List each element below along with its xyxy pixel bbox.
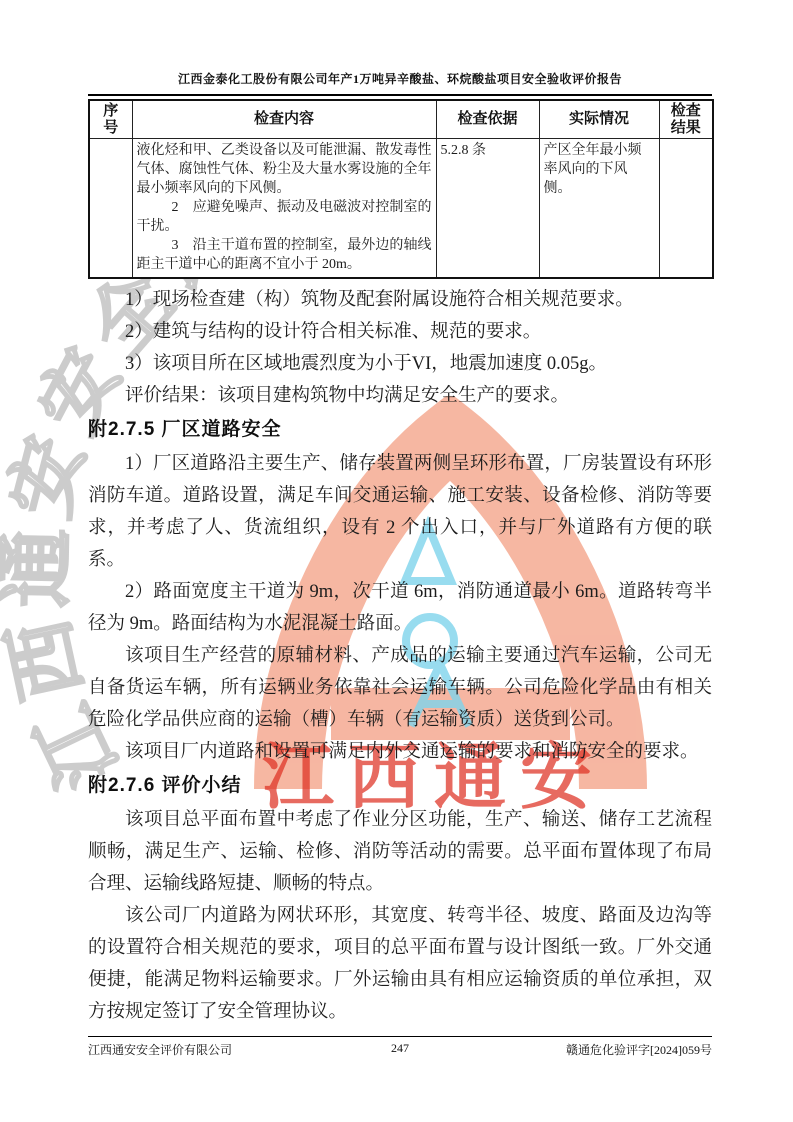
page-footer: 江西通安安全评价有限公司 247 赣通危化验评字[2024]059号 <box>88 1036 712 1058</box>
col-header-actual-situation: 实际情况 <box>539 100 659 139</box>
table-header-row: 序号 检查内容 检查依据 实际情况 检查结果 <box>89 100 713 139</box>
body-text: 1）现场检查建（构）筑物及配套附属设施符合相关规范要求。 2）建筑与结构的设计符… <box>88 284 712 1028</box>
paragraph: 2）建筑与结构的设计符合相关标准、规范的要求。 <box>88 316 712 348</box>
footer-doc-number: 赣通危化验评字[2024]059号 <box>566 1041 712 1058</box>
col-header-check-basis: 检查依据 <box>436 100 539 139</box>
cell-check-content: 液化烃和甲、乙类设备以及可能泄漏、散发毒性气体、腐蚀性气体、粉尘及大量水雾设施的… <box>132 139 436 279</box>
cell-seq <box>89 139 132 279</box>
paragraph: 该项目厂内道路和设置可满足内外交通运输的要求和消防安全的要求。 <box>88 736 712 768</box>
section-heading-2-7-6: 附2.7.6 评价小结 <box>88 768 712 804</box>
footer-company-name: 江西通安安全评价有限公司 <box>88 1041 232 1058</box>
check-content-para: 3 沿主干道布置的控制室，最外边的轴线距主干道中心的距离不宜小于 20m。 <box>137 236 432 274</box>
inspection-table: 序号 检查内容 检查依据 实际情况 检查结果 液化烃和甲、乙类设备以及可能泄漏、… <box>88 99 714 279</box>
paragraph: 该项目总平面布置中考虑了作业分区功能，生产、输送、储存工艺流程顺畅，满足生产、运… <box>88 804 712 900</box>
cell-check-result <box>659 139 713 279</box>
paragraph: 3）该项目所在区域地震烈度为小于VI，地震加速度 0.05g。 <box>88 348 712 380</box>
cell-actual-situation: 产区全年最小频率风向的下风侧。 <box>539 139 659 279</box>
document-page: 江西通安安全评价有限公司 江西通安 江西金泰化工股份有限公司年产1万吨异辛酸盐、… <box>0 0 793 1122</box>
page-number: 247 <box>391 1041 409 1056</box>
table-row: 液化烃和甲、乙类设备以及可能泄漏、散发毒性气体、腐蚀性气体、粉尘及大量水雾设施的… <box>89 139 713 279</box>
col-header-check-content: 检查内容 <box>132 100 436 139</box>
page-header-title: 江西金泰化工股份有限公司年产1万吨异辛酸盐、环烷酸盐项目安全验收评价报告 <box>88 70 712 96</box>
check-content-para: 2 应避免噪声、振动及电磁波对控制室的干扰。 <box>137 198 432 236</box>
page-content: 江西金泰化工股份有限公司年产1万吨异辛酸盐、环烷酸盐项目安全验收评价报告 序号 … <box>0 0 793 1028</box>
section-heading-2-7-5: 附2.7.5 厂区道路安全 <box>88 412 712 448</box>
paragraph: 该公司厂内道路为网状环形，其宽度、转弯半径、坡度、路面及边沟等的设置符合相关规范… <box>88 900 712 1028</box>
col-header-seq: 序号 <box>89 100 132 139</box>
paragraph: 2）路面宽度主干道为 9m，次干道 6m，消防通道最小 6m。道路转弯半径为 9… <box>88 576 712 640</box>
paragraph: 1）厂区道路沿主要生产、储存装置两侧呈环形布置，厂房装置设有环形消防车道。道路设… <box>88 448 712 576</box>
cell-check-basis: 5.2.8 条 <box>436 139 539 279</box>
paragraph: 1）现场检查建（构）筑物及配套附属设施符合相关规范要求。 <box>88 284 712 316</box>
paragraph: 该项目生产经营的原辅材料、产成品的运输主要通过汽车运输，公司无自备货运车辆，所有… <box>88 640 712 736</box>
col-header-check-result: 检查结果 <box>659 100 713 139</box>
paragraph: 评价结果：该项目建构筑物中均满足安全生产的要求。 <box>88 380 712 412</box>
check-content-para: 液化烃和甲、乙类设备以及可能泄漏、散发毒性气体、腐蚀性气体、粉尘及大量水雾设施的… <box>137 141 432 198</box>
